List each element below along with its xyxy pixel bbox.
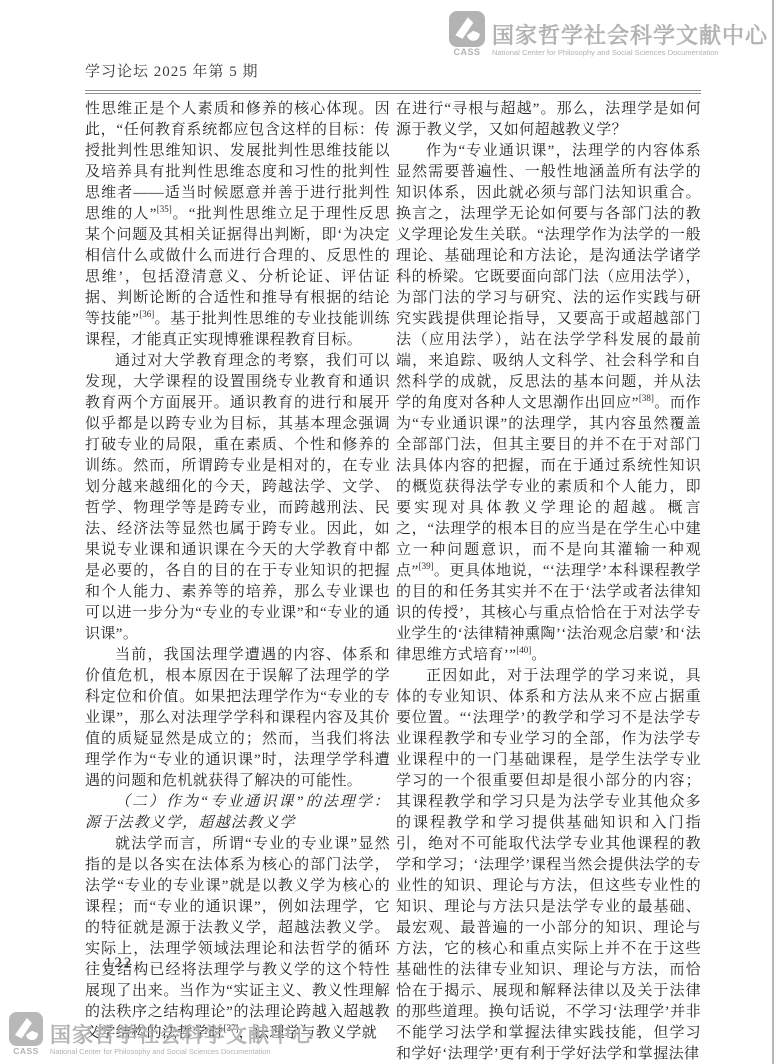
cass-logo-name-en: National Center for Philosophy and Socia…: [492, 48, 768, 57]
journal-page: { "logo": { "abbr": "CASS", "name_cn": "…: [0, 0, 781, 1064]
footnote-ref: [40]: [516, 645, 531, 655]
footnote-ref: [36]: [139, 309, 154, 319]
scan-page-edge: [772, 0, 774, 1064]
cass-logo-abbr: CASS: [449, 47, 485, 57]
section-heading: （二）作为“专业通识课”的法理学：源于法教义学，超越法教义学: [85, 792, 390, 834]
cass-logo-icon: [449, 11, 485, 47]
footnote-ref: [38]: [639, 393, 654, 403]
footnote-ref: [35]: [157, 204, 172, 214]
body-paragraph: 作为“专业通识课”，法理学的内容体系显然需要普遍性、一般性地涵盖所有法学的知识体…: [396, 141, 701, 666]
cass-logo-icon: [9, 1012, 43, 1046]
journal-header: 学习论坛 2025 年第 5 期: [85, 60, 701, 94]
cass-logo-name-en: National Center for Philosophy and Socia…: [50, 1047, 314, 1056]
cass-logo-abbr: CASS: [9, 1046, 43, 1056]
body-paragraph: 通过对大学教育理念的考察，我们可以发现，大学课程的设置围绕专业教育和通识教育两个…: [85, 351, 390, 645]
journal-issue-title: 学习论坛 2025 年第 5 期: [85, 60, 701, 81]
body-paragraph: 在进行“寻根与超越”。那么，法理学是如何源于教义学，又如何超越教义学？: [396, 99, 701, 141]
page-number: · 122 ·: [92, 955, 146, 972]
cass-logo-name-cn: 国家哲学社会科学文献中心: [50, 1025, 314, 1046]
cass-logo-top: CASS 国家哲学社会科学文献中心 National Center for Ph…: [449, 11, 768, 57]
footnote-ref: [39]: [419, 561, 434, 571]
header-rule: [85, 90, 701, 94]
cass-logo-bottom: CASS 国家哲学社会科学文献中心 National Center for Ph…: [9, 1012, 314, 1056]
body-paragraph: 正因如此，对于法理学的学习来说，具体的专业知识、体系和方法从来不应占据重要位置。…: [396, 666, 701, 1064]
article-body: 性思维正是个人素质和修养的核心体现。因此，“任何教育系统都应包含这样的目标：传授…: [85, 99, 701, 1064]
body-paragraph: 性思维正是个人素质和修养的核心体现。因此，“任何教育系统都应包含这样的目标：传授…: [85, 99, 390, 351]
cass-logo-name-cn: 国家哲学社会科学文献中心: [492, 25, 768, 47]
left-column: 性思维正是个人素质和修养的核心体现。因此，“任何教育系统都应包含这样的目标：传授…: [85, 99, 390, 1064]
body-paragraph: 当前，我国法理学遭遇的内容、体系和价值危机，根本原因在于误解了法理学的学科定位和…: [85, 645, 390, 792]
right-column: 在进行“寻根与超越”。那么，法理学是如何源于教义学，又如何超越教义学？作为“专业…: [396, 99, 701, 1064]
